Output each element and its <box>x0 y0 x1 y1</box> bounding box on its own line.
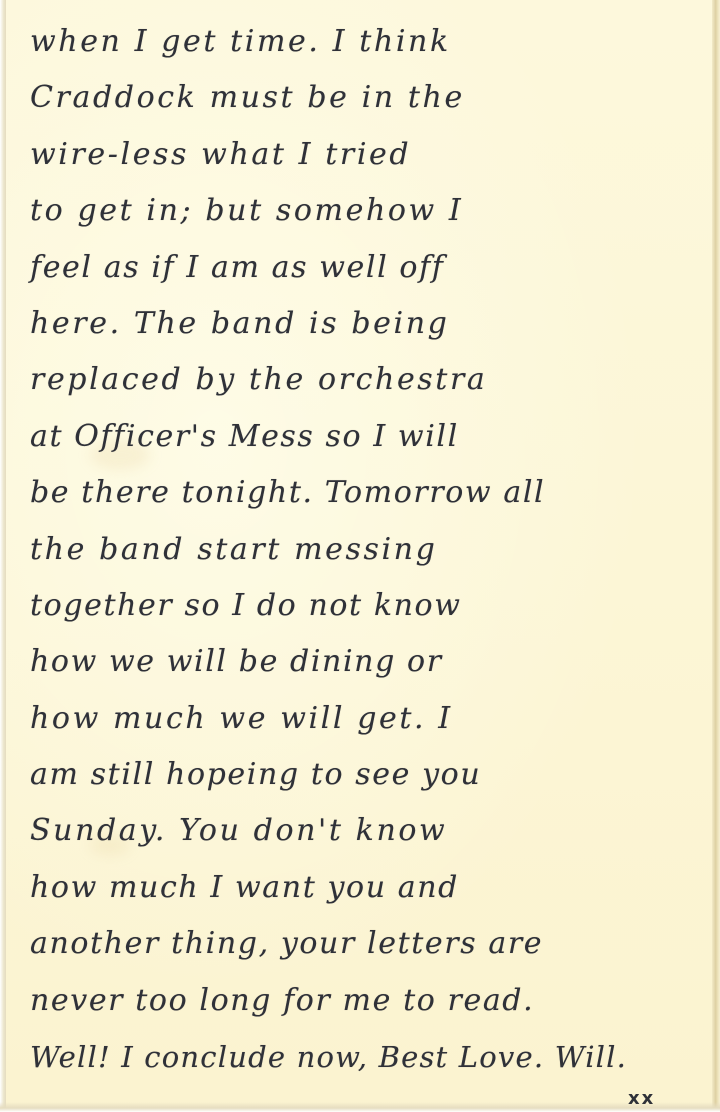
closing-line-signature: Well! I conclude now, Best Love. Will. <box>30 1029 710 1085</box>
handwritten-text-block: when I get time. I think Craddock must b… <box>30 14 710 1085</box>
text-line-5: feel as if I am as well off <box>30 240 710 296</box>
text-line-2: Craddock must be in the <box>30 70 710 126</box>
text-line-1: when I get time. I think <box>30 14 710 70</box>
text-line-10: the band start messing <box>30 522 710 578</box>
paper-bottom-edge <box>0 1102 720 1112</box>
text-line-8: at Officer's Mess so I will <box>30 409 710 465</box>
text-line-15: Sunday. You don't know <box>30 803 710 859</box>
text-line-17: another thing, your letters are <box>30 916 710 972</box>
text-line-3: wire-less what I tried <box>30 127 710 183</box>
paper-fold-edge <box>712 0 720 1112</box>
kisses-mark: xx <box>628 1088 655 1109</box>
text-line-12: how we will be dining or <box>30 634 710 690</box>
text-line-9: be there tonight. Tomorrow all <box>30 465 710 521</box>
text-line-7: replaced by the orchestra <box>30 352 710 408</box>
text-line-16: how much I want you and <box>30 860 710 916</box>
text-line-4: to get in; but somehow I <box>30 183 710 239</box>
paper-left-edge <box>0 0 6 1112</box>
text-line-13: how much we will get. I <box>30 691 710 747</box>
text-line-18: never too long for me to read. <box>30 973 710 1029</box>
text-line-11: together so I do not know <box>30 578 710 634</box>
text-line-6: here. The band is being <box>30 296 710 352</box>
text-line-14: am still hopeing to see you <box>30 747 710 803</box>
letter-page: when I get time. I think Craddock must b… <box>0 0 720 1112</box>
